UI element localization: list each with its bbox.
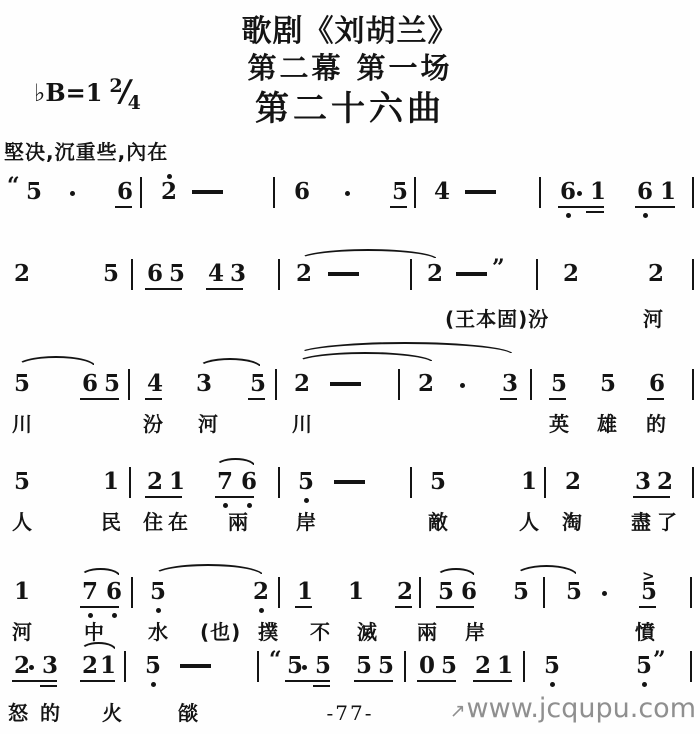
beam-underline <box>12 680 57 682</box>
barline <box>692 369 694 400</box>
note: 4 <box>208 262 224 286</box>
note: 2 <box>82 654 98 678</box>
note: 1 <box>14 580 30 604</box>
lyric: 兩 <box>228 506 249 535</box>
note: 2 <box>294 372 310 396</box>
note: 2 <box>427 262 443 286</box>
barline <box>410 467 412 498</box>
note: 6 <box>560 180 576 204</box>
barline <box>278 467 280 498</box>
duration-dot <box>345 191 350 196</box>
beam-underline <box>395 606 412 608</box>
barline <box>523 651 525 682</box>
duration-dot <box>302 665 307 670</box>
slur <box>152 564 264 576</box>
slur <box>298 249 438 260</box>
duration-dot <box>70 191 75 196</box>
note: 2 <box>563 262 579 286</box>
barline <box>128 369 130 400</box>
lyric: 河 <box>643 303 664 332</box>
note: 2 <box>648 262 664 286</box>
barline <box>124 651 126 682</box>
lyric: 住 <box>143 506 164 535</box>
slur <box>515 565 578 576</box>
note: 1 <box>297 580 313 604</box>
beam-underline <box>549 398 566 400</box>
beam-underline <box>80 680 115 682</box>
duration-dot <box>29 665 34 670</box>
low-octave-dot <box>304 498 309 503</box>
duration-dash <box>334 480 365 484</box>
barline <box>404 651 406 682</box>
note: 0 <box>419 654 435 678</box>
barline <box>278 259 280 290</box>
beam-underline <box>473 680 512 682</box>
note: 5 <box>14 470 30 494</box>
note: 2 <box>475 654 491 678</box>
note: 5 <box>250 372 266 396</box>
lyric: 了 <box>657 506 678 535</box>
note: 6 <box>106 580 122 604</box>
note: 5 <box>150 580 166 604</box>
beam-underline <box>248 398 265 400</box>
barline <box>257 651 259 682</box>
note: 5 <box>14 372 30 396</box>
lyric: 的 <box>646 408 667 437</box>
lyric: 民 <box>101 506 122 535</box>
slur <box>198 358 262 368</box>
low-octave-dot <box>151 682 156 687</box>
lyric: 川 <box>12 408 33 437</box>
duration-dash <box>465 190 496 194</box>
lyric: 中 <box>84 616 105 645</box>
beam-underline <box>206 288 243 290</box>
note: 7 <box>217 470 233 494</box>
note: 2 <box>253 580 269 604</box>
note: 3 <box>502 372 518 396</box>
watermark-text: www.jcqupu.com <box>467 693 696 724</box>
note: 2 <box>397 580 413 604</box>
note: 5 <box>26 180 42 204</box>
beam-underline <box>80 398 119 400</box>
barline <box>414 177 416 208</box>
low-octave-dot <box>566 213 571 218</box>
lyric: 在 <box>168 506 189 535</box>
note: 4 <box>147 372 163 396</box>
note: 5 <box>356 654 372 678</box>
barline <box>692 467 694 498</box>
duration-dot <box>460 383 465 388</box>
note: 5 <box>103 262 119 286</box>
note: 2 <box>565 470 581 494</box>
beam-underline <box>285 680 330 682</box>
barline <box>530 369 532 400</box>
note: 6 <box>82 372 98 396</box>
slur <box>80 568 121 577</box>
note: 6 <box>241 470 257 494</box>
low-octave-dot <box>259 608 264 613</box>
beam-underline <box>215 496 254 498</box>
note: 5 <box>551 372 567 396</box>
barline <box>131 259 133 290</box>
beam-underline <box>635 206 675 208</box>
duration-dot <box>577 191 582 196</box>
note: 2 <box>14 262 30 286</box>
note: 5 <box>544 654 560 678</box>
barline <box>398 369 400 400</box>
low-octave-dot <box>642 682 647 687</box>
slur <box>80 642 117 651</box>
barline <box>692 259 694 290</box>
note: 1 <box>103 470 119 494</box>
note: 1 <box>660 180 676 204</box>
lyric: 河 <box>12 616 33 645</box>
slur <box>436 568 476 577</box>
beam-underline <box>295 606 312 608</box>
low-octave-dot <box>112 613 117 618</box>
note: 1 <box>590 180 606 204</box>
beam-underline <box>313 685 330 687</box>
beam-underline <box>40 685 57 687</box>
barline <box>275 369 277 400</box>
note: 1 <box>497 654 513 678</box>
duration-dot <box>602 591 607 596</box>
lyric: 滅 <box>357 616 378 645</box>
note: 6 <box>637 180 653 204</box>
lyric: 河 <box>198 408 219 437</box>
note: 5 <box>513 580 529 604</box>
note: 6 <box>294 180 310 204</box>
note: 5 <box>392 180 408 204</box>
barline <box>692 177 694 208</box>
note: 2 <box>296 262 312 286</box>
barline <box>410 259 412 290</box>
note: 6 <box>461 580 477 604</box>
note: 3 <box>42 654 58 678</box>
lyric: 憤 <box>635 616 656 645</box>
duration-dash <box>456 272 487 276</box>
note: 5 <box>315 654 331 678</box>
note: 2 <box>657 470 673 494</box>
note: 4 <box>434 180 450 204</box>
sheet-music-page: 歌剧《刘胡兰》 第二幕 第一场 第二十六曲 ♭B=12/4 堅决,沉重些,內在 … <box>0 0 700 734</box>
note: 5> <box>641 580 657 604</box>
note: 3 <box>635 470 651 494</box>
beam-underline <box>354 680 393 682</box>
beam-underline <box>390 206 407 208</box>
beam-underline <box>115 206 132 208</box>
note: 5 <box>145 654 161 678</box>
note: 5 <box>378 654 394 678</box>
note: 5 <box>600 372 616 396</box>
beam-underline <box>80 606 119 608</box>
duration-dash <box>180 664 211 668</box>
note: 5 <box>287 654 303 678</box>
barline <box>536 259 538 290</box>
note: 5 <box>104 372 120 396</box>
beam-underline <box>417 680 456 682</box>
note: 2 <box>161 180 177 204</box>
lyric: 人 <box>519 506 540 535</box>
low-octave-dot <box>550 682 555 687</box>
note: 5 <box>636 654 652 678</box>
barline <box>140 177 142 208</box>
duration-dash <box>328 272 359 276</box>
duration-dash <box>192 190 223 194</box>
note: 5 <box>169 262 185 286</box>
barline <box>419 577 421 608</box>
note: 2 <box>147 470 163 494</box>
beam-underline <box>647 398 664 400</box>
note: 1 <box>100 654 116 678</box>
beam-underline <box>145 398 162 400</box>
beam-underline <box>436 606 474 608</box>
barline <box>539 177 541 208</box>
note: 1 <box>169 470 185 494</box>
note: 1 <box>348 580 364 604</box>
barline <box>129 467 131 498</box>
barline <box>273 177 275 208</box>
high-octave-dot <box>167 174 172 179</box>
note: 3 <box>196 372 212 396</box>
lyric: 人 <box>12 506 33 535</box>
lyric: (王本固)汾 <box>445 303 549 332</box>
beam-underline <box>500 398 517 400</box>
duration-dash <box>330 382 361 386</box>
lyric: 英 <box>549 408 570 437</box>
beam-underline <box>145 288 182 290</box>
slur <box>296 342 514 355</box>
lyric: 兩 <box>417 616 438 645</box>
note: 1 <box>521 470 537 494</box>
note: 5 <box>566 580 582 604</box>
lyric: 淘 <box>562 506 583 535</box>
lyric: 敵 <box>428 506 449 535</box>
low-octave-dot <box>223 503 228 508</box>
quote-mark: “ <box>7 174 20 198</box>
note: 5 <box>438 580 454 604</box>
note: 6 <box>147 262 163 286</box>
lyric: 岸 <box>465 616 486 645</box>
note: 3 <box>230 262 246 286</box>
barline <box>690 651 692 682</box>
beam-underline <box>586 211 604 213</box>
note: 5 <box>430 470 446 494</box>
note: 5 <box>441 654 457 678</box>
slur <box>215 458 256 467</box>
barline <box>690 577 692 608</box>
lyric: 撲 <box>258 616 279 645</box>
slur <box>16 356 96 367</box>
barline <box>278 577 280 608</box>
barline <box>131 577 133 608</box>
beam-underline <box>145 496 182 498</box>
note: 2 <box>14 654 30 678</box>
note: 6 <box>649 372 665 396</box>
note: 2 <box>418 372 434 396</box>
low-octave-dot <box>156 608 161 613</box>
quote-mark: ” <box>653 648 666 672</box>
note: 6 <box>117 180 133 204</box>
quote-mark: “ <box>269 648 282 672</box>
lyric: 汾 <box>143 408 164 437</box>
note: 7 <box>82 580 98 604</box>
lyric: 川 <box>292 408 313 437</box>
accent-mark: > <box>642 564 655 588</box>
lyric: 水 <box>148 616 169 645</box>
lyric: 雄 <box>597 408 618 437</box>
watermark: ↗www.jcqupu.com <box>450 693 696 724</box>
low-octave-dot <box>643 213 648 218</box>
lyric: 盡 <box>631 506 652 535</box>
beam-underline <box>639 606 656 608</box>
beam-underline <box>558 206 604 208</box>
beam-underline <box>633 496 670 498</box>
lyric: (也) <box>200 616 241 645</box>
watermark-logo-icon: ↗ <box>450 700 466 722</box>
barline <box>544 467 546 498</box>
lyric: 岸 <box>296 506 317 535</box>
note: 5 <box>298 470 314 494</box>
quote-mark: ” <box>492 256 505 280</box>
lyric: 不 <box>310 616 331 645</box>
score: “562654616125654322”22(王本固)汾河56543522355… <box>0 0 700 734</box>
barline <box>543 577 545 608</box>
